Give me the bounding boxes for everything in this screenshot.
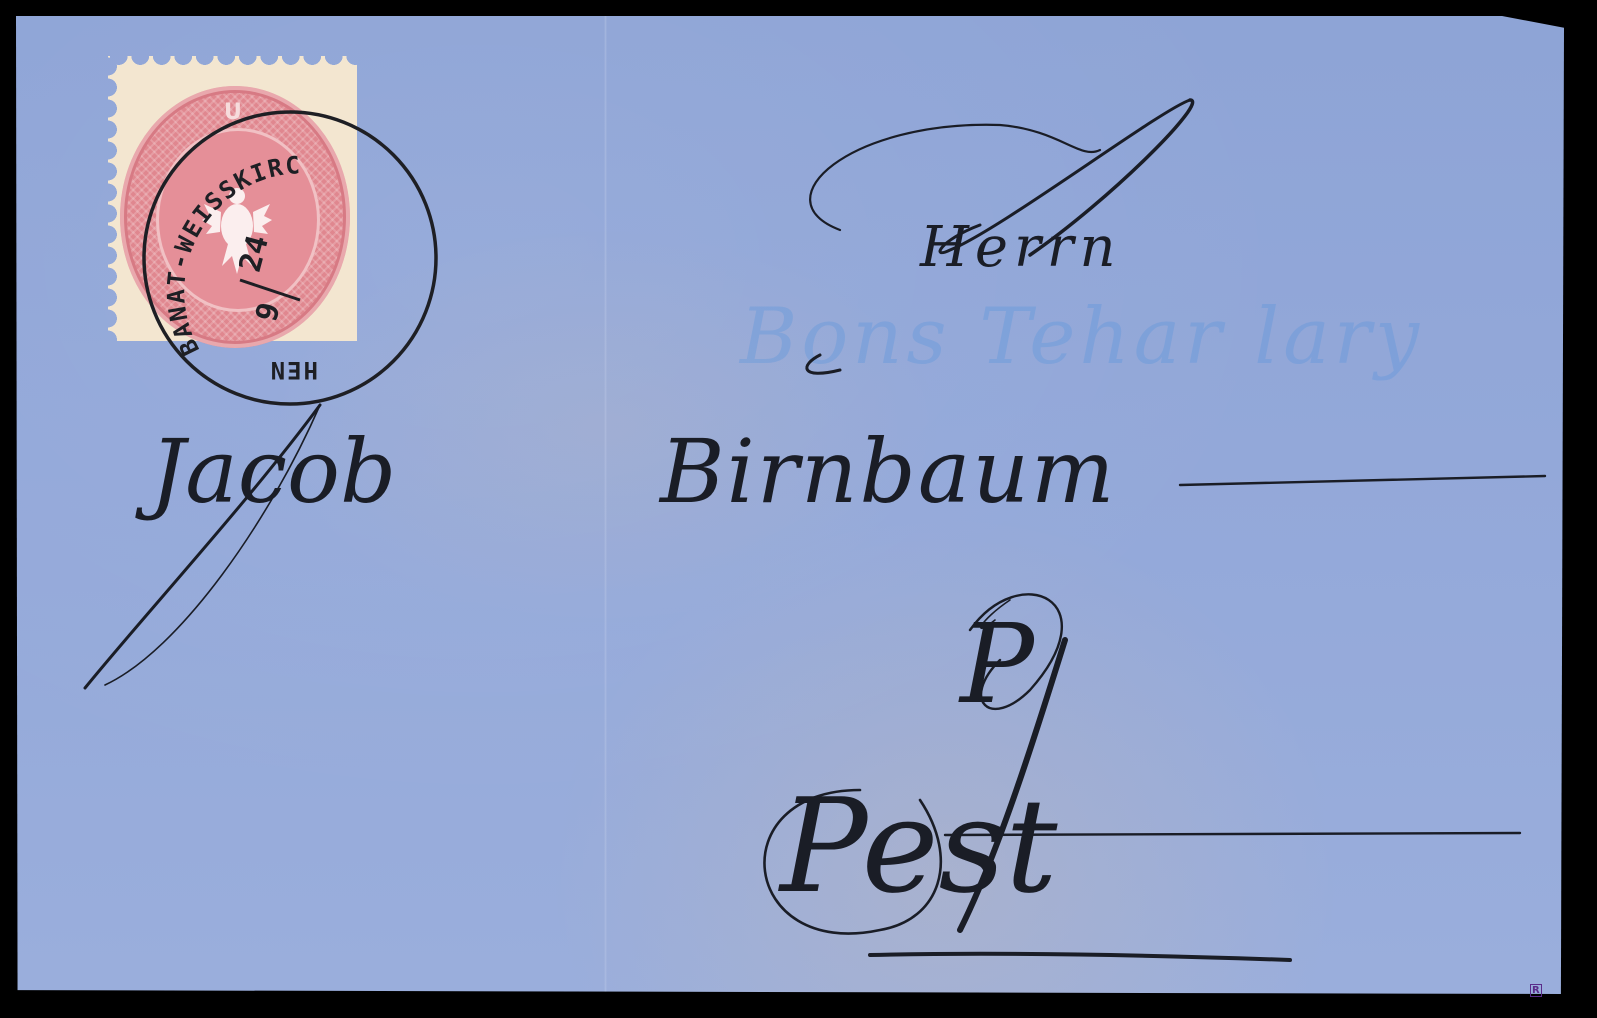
salutation-text: Herrn <box>920 215 1122 280</box>
postmark-month: 9 <box>249 299 287 326</box>
postmark-town-top: BANAT-WEISSKIRC <box>162 151 303 360</box>
postmark-cancel: BANAT-WEISSKIRC HEN 24 9 <box>144 112 436 404</box>
postmark-day: 24 <box>233 232 276 276</box>
per-abbreviation: P <box>960 600 1034 728</box>
destination-city: Pest <box>780 770 1058 922</box>
postmark-town-bottom: HEN <box>269 356 318 384</box>
recipient-first-name: Jacob <box>150 420 396 523</box>
recipient-last-name: Birnbaum <box>660 420 1116 523</box>
expert-mark: R <box>1530 984 1542 997</box>
svg-text:BANAT-WEISSKIRC: BANAT-WEISSKIRC <box>162 151 303 360</box>
